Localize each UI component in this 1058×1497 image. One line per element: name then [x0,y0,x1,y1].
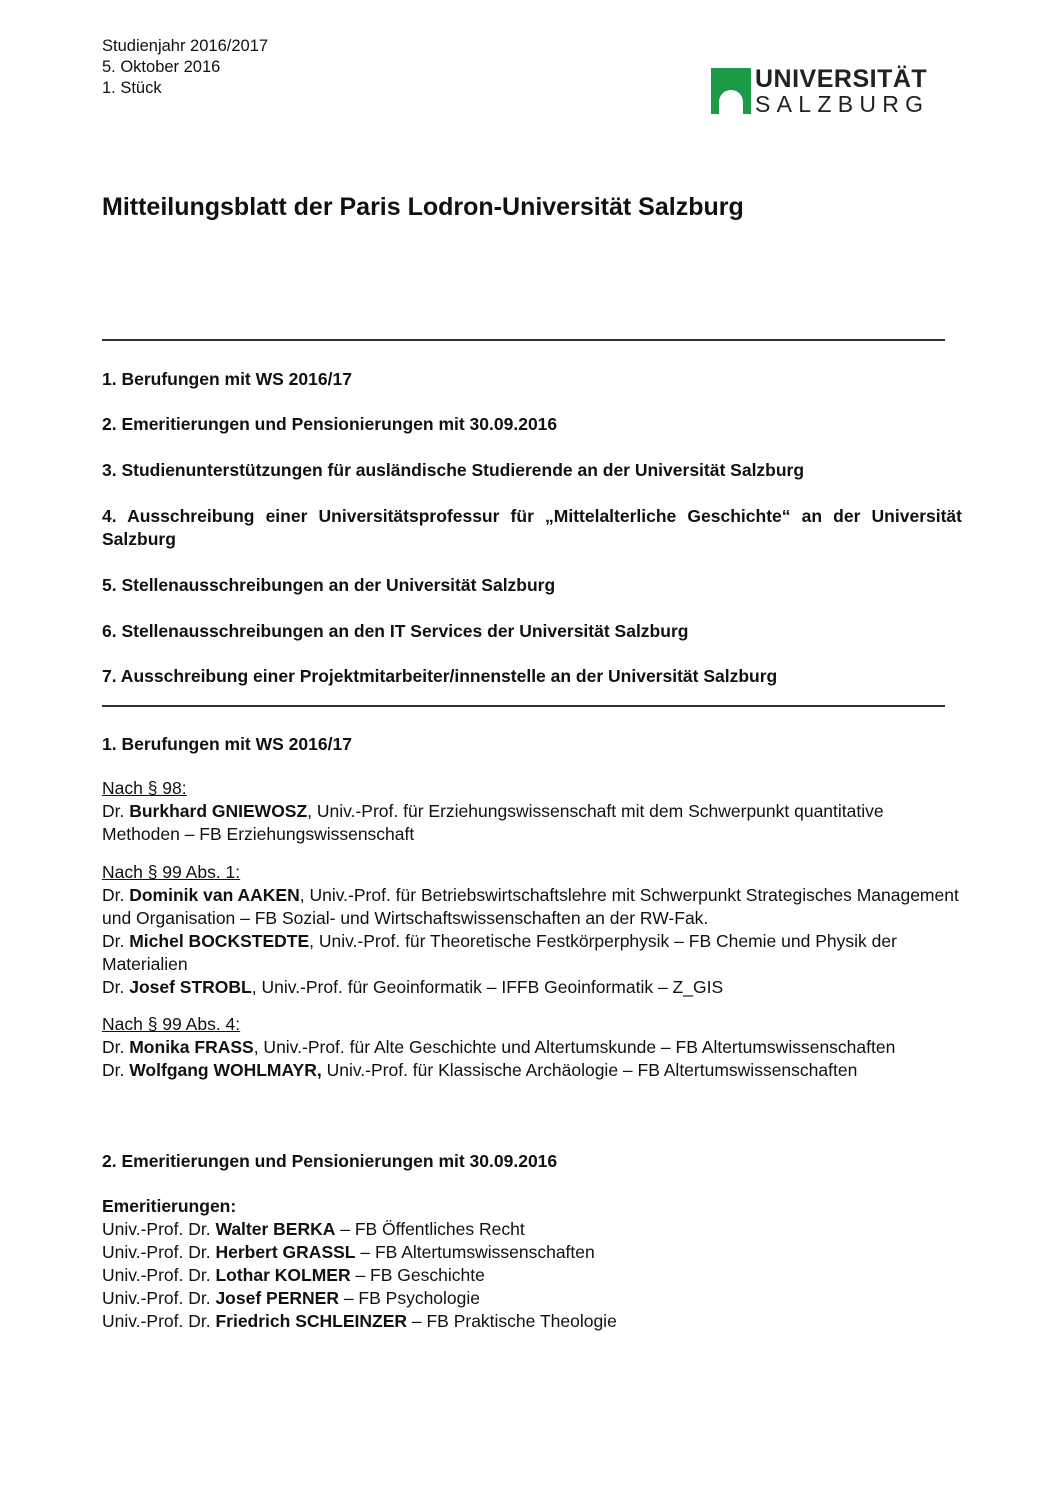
section2-subheading: Emeritierungen: [102,1195,962,1218]
document-title: Mitteilungsblatt der Paris Lodron-Univer… [102,193,744,222]
toc-item-5: 5. Stellenausschreibungen an der Univers… [102,574,962,597]
group-label: Nach § 99 Abs. 1: [102,861,962,884]
toc-item-4: 4. Ausschreibung einer Universitätsprofe… [102,505,962,551]
group-label: Nach § 99 Abs. 4: [102,1013,962,1036]
document-page: Studienjahr 2016/2017 5. Oktober 2016 1.… [0,0,1058,1497]
appointment-entry: Dr. Michel BOCKSTEDTE, Univ.-Prof. für T… [102,930,962,976]
toc-item-7: 7. Ausschreibung einer Projektmitarbeite… [102,665,962,688]
toc-item-6: 6. Stellenausschreibungen an den IT Serv… [102,620,962,643]
appointment-entry: Dr. Dominik van AAKEN, Univ.-Prof. für B… [102,884,962,930]
toc-item-3: 3. Studienunterstützungen für ausländisc… [102,459,962,482]
divider-top [102,339,945,341]
emeritus-entry: Univ.-Prof. Dr. Walter BERKA – FB Öffent… [102,1218,962,1241]
university-logo: UNIVERSITÄT SALZBURG [711,66,921,118]
section2-list: Emeritierungen: Univ.-Prof. Dr. Walter B… [102,1195,962,1333]
appointment-entry: Dr. Monika FRASS, Univ.-Prof. für Alte G… [102,1036,962,1059]
appointment-entry: Dr. Burkhard GNIEWOSZ, Univ.-Prof. für E… [102,800,962,846]
emeritus-entry: Univ.-Prof. Dr. Lothar KOLMER – FB Gesch… [102,1264,962,1287]
appointment-entry: Dr. Wolfgang WOHLMAYR, Univ.-Prof. für K… [102,1059,962,1082]
issue-date: 5. Oktober 2016 [102,57,268,78]
toc-item-1: 1. Berufungen mit WS 2016/17 [102,368,962,391]
logo-mark-icon [711,68,751,114]
academic-year: Studienjahr 2016/2017 [102,36,268,57]
logo-line-2: SALZBURG [755,92,929,116]
issue-number: 1. Stück [102,78,268,99]
emeritus-entry: Univ.-Prof. Dr. Josef PERNER – FB Psycho… [102,1287,962,1310]
section1-group-3: Nach § 99 Abs. 4: Dr. Monika FRASS, Univ… [102,1013,962,1082]
emeritus-entry: Univ.-Prof. Dr. Herbert GRASSL – FB Alte… [102,1241,962,1264]
appointment-entry: Dr. Josef STROBL, Univ.-Prof. für Geoinf… [102,976,962,999]
group-label: Nach § 98: [102,777,962,800]
section2-heading: 2. Emeritierungen und Pensionierungen mi… [102,1151,557,1172]
section1-group-1: Nach § 98: Dr. Burkhard GNIEWOSZ, Univ.-… [102,777,962,846]
section1-heading: 1. Berufungen mit WS 2016/17 [102,734,352,755]
toc-item-2: 2. Emeritierungen und Pensionierungen mi… [102,413,962,436]
logo-line-1: UNIVERSITÄT [755,66,927,92]
issue-meta: Studienjahr 2016/2017 5. Oktober 2016 1.… [102,36,268,99]
divider-bottom [102,705,945,707]
emeritus-entry: Univ.-Prof. Dr. Friedrich SCHLEINZER – F… [102,1310,962,1333]
section1-group-2: Nach § 99 Abs. 1: Dr. Dominik van AAKEN,… [102,861,962,999]
